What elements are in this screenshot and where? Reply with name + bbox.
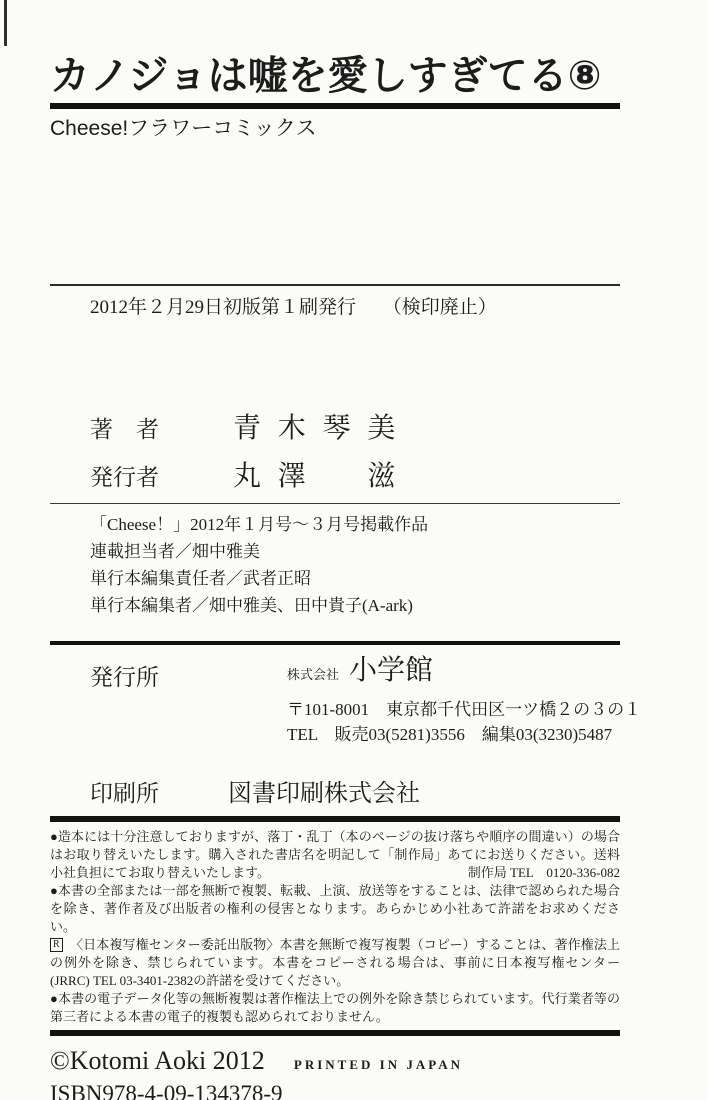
inspection-note: （検印廃止） xyxy=(383,297,497,318)
credits-block: 著 者 青木琴美 発行者 丸澤 滋 xyxy=(50,411,620,494)
printed-in-japan: PRINTED IN JAPAN xyxy=(294,1057,463,1073)
serialization-line: 単行本編集者／畑中雅美、田中貴子(A-ark) xyxy=(90,592,620,619)
colophon-page: カノジョは嘘を愛しすぎてる⑧ Cheese!フラワーコミックス 2012年２月2… xyxy=(0,0,707,1100)
printer-row: 印刷所 図書印刷株式会社 xyxy=(90,775,620,808)
printer-label: 印刷所 xyxy=(90,775,228,808)
issuer-row: 発行者 丸澤 滋 xyxy=(90,459,620,494)
notice-digital: ●本書の電子データ化等の無断複製は著作権法上での例外を除き禁じられています。代行… xyxy=(50,990,620,1026)
issuer-label: 発行者 xyxy=(90,459,233,492)
imprint-line: Cheese!フラワーコミックス xyxy=(50,116,620,141)
publisher-row: 発行所 株式会社 小学館 〒101-8001 東京都千代田区一ツ橋２の３の１ T… xyxy=(90,655,620,745)
section-rule-publisher xyxy=(50,641,620,645)
publisher-address: 〒101-8001 東京都千代田区一ツ橋２の３の１ xyxy=(287,699,641,720)
publisher-details: 株式会社 小学館 〒101-8001 東京都千代田区一ツ橋２の３の１ TEL 販… xyxy=(287,655,641,745)
printer-name: 図書印刷株式会社 xyxy=(228,780,420,808)
scan-edge-artifact xyxy=(4,0,7,46)
footer-row: ©Kotomi Aoki 2012 PRINTED IN JAPAN xyxy=(50,1046,620,1076)
legal-notices: ●造本には十分注意しておりますが、落丁・乱丁（本のページの抜け落ちや順序の間違い… xyxy=(50,828,620,1026)
serialization-line: 単行本編集責任者／武者正昭 xyxy=(90,565,620,592)
author-name: 青木琴美 xyxy=(233,411,412,446)
title-rule xyxy=(50,103,620,109)
notice-defects: ●造本には十分注意しておりますが、落丁・乱丁（本のページの抜け落ちや順序の間違い… xyxy=(50,828,620,882)
production-contact: 制作局 TEL 0120-336-082 xyxy=(468,864,620,882)
copyright-line: ©Kotomi Aoki 2012 xyxy=(50,1046,265,1076)
edition-row: 2012年２月29日初版第１刷発行 （検印廃止） xyxy=(90,295,620,321)
publisher-tel: TEL 販売03(5281)3556 編集03(3230)5487 xyxy=(287,724,641,745)
issuer-name: 丸澤 滋 xyxy=(233,459,412,494)
notice-copyright: ●本書の全部または一部を無断で複製、転載、上演、放送等をすることは、法律で認めら… xyxy=(50,882,620,936)
registered-r-mark: R xyxy=(50,938,63,952)
author-label: 著 者 xyxy=(90,411,233,444)
notice-rule-top xyxy=(50,816,620,822)
book-title: カノジョは嘘を愛しすぎてる⑧ xyxy=(50,54,620,98)
section-rule-top xyxy=(50,284,620,286)
isbn-line: ISBN978-4-09-134378-9 xyxy=(50,1080,620,1100)
edition-date: 2012年２月29日初版第１刷発行 xyxy=(90,297,356,318)
publisher-label: 発行所 xyxy=(90,659,287,745)
author-row: 著 者 青木琴美 xyxy=(90,411,620,446)
notice-rule-bottom xyxy=(50,1030,620,1036)
publisher-company: 株式会社 小学館 xyxy=(287,655,641,691)
section-rule-credits xyxy=(50,503,620,504)
serialization-line: 連載担当者／畑中雅美 xyxy=(90,538,620,565)
colophon-content: カノジョは嘘を愛しすぎてる⑧ Cheese!フラワーコミックス 2012年２月2… xyxy=(50,0,620,1100)
serialization-line: 「Cheese！」2012年１月号～３月号掲載作品 xyxy=(90,511,620,538)
notice-reprography: R 〈日本複写権センター委託出版物〉本書を無断で複写複製（コピー）することは、著… xyxy=(50,936,620,990)
publisher-company-prefix: 株式会社 xyxy=(287,667,339,682)
serialization-block: 「Cheese！」2012年１月号～３月号掲載作品 連載担当者／畑中雅美 単行本… xyxy=(90,511,620,619)
publisher-company-name: 小学館 xyxy=(349,655,433,686)
